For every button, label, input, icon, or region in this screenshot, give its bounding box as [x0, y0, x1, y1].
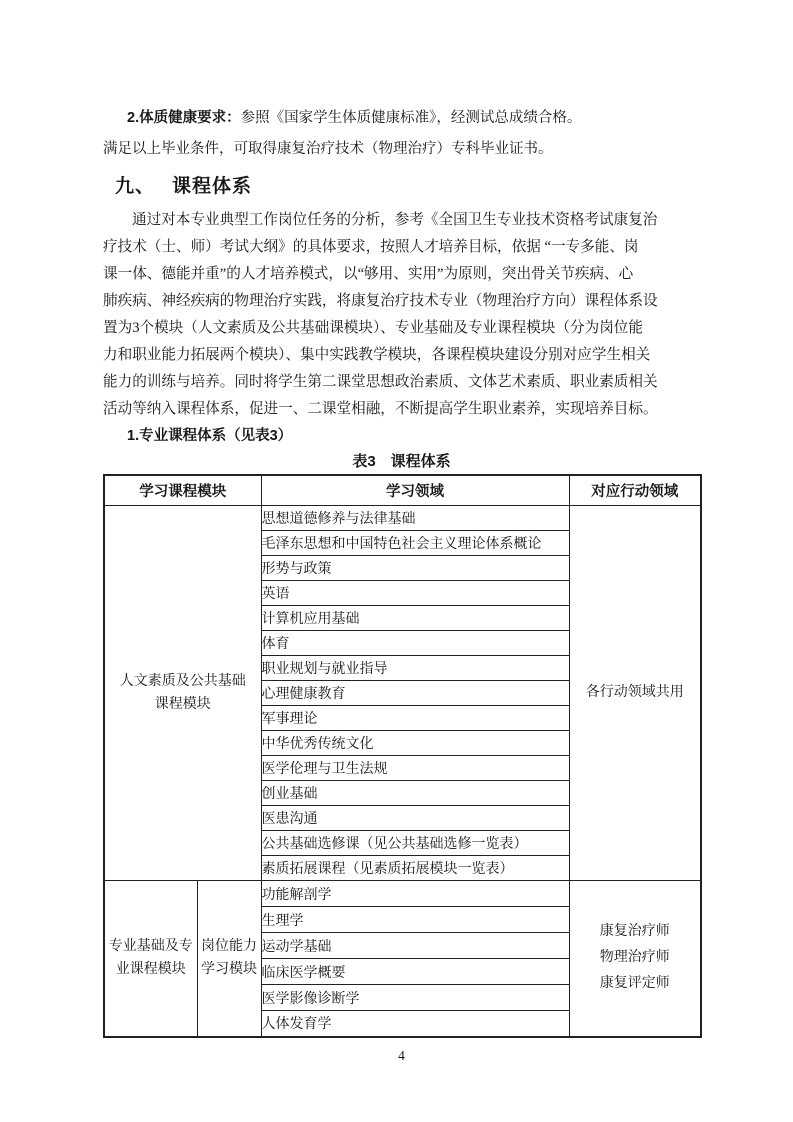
course-cell: 运动学基础 — [261, 933, 569, 959]
course-cell: 职业规划与就业指导 — [261, 656, 569, 681]
table-caption: 表3 课程体系 — [103, 449, 700, 474]
section-number: 九、 — [115, 176, 155, 197]
col-header-action-domain: 对应行动领域 — [569, 475, 701, 506]
course-cell: 体育 — [261, 631, 569, 656]
document-page: 2.体质健康要求：参照《国家学生体质健康标准》，经测试总成绩合格。 满足以上毕业… — [0, 0, 793, 1122]
course-cell: 思想道德修养与法律基础 — [261, 506, 569, 531]
course-cell: 医学影像诊断学 — [261, 985, 569, 1011]
paragraph-line: 力和职业能力拓展两个模块）、集中实践教学模块，各课程模块建设分别对应学生相关 — [103, 342, 700, 369]
table-row: 人文素质及公共基础课程模块思想道德修养与法律基础各行动领域共用 — [104, 506, 701, 531]
subsection-heading: 1.专业课程体系（见表3） — [103, 423, 700, 449]
module-cell: 人文素质及公共基础课程模块 — [104, 506, 261, 881]
submodule-cell: 岗位能力学习模块 — [197, 881, 261, 1037]
course-cell: 计算机应用基础 — [261, 606, 569, 631]
health-requirement-text: 参照《国家学生体质健康标准》，经测试总成绩合格。 — [241, 110, 582, 126]
section-paragraph: 通过对本专业典型工作岗位任务的分析，参考《全国卫生专业技术资格考试康复治疗技术（… — [103, 207, 700, 423]
course-cell: 人体发育学 — [261, 1011, 569, 1037]
action-domain-line: 康复治疗师 — [570, 919, 701, 945]
submodule-line: 学习模块 — [198, 958, 261, 981]
module-cell: 专业基础及专业课程模块 — [104, 881, 197, 1037]
page-number: 4 — [103, 1048, 700, 1064]
course-cell: 心理健康教育 — [261, 681, 569, 706]
paragraph-line: 活动等纳入课程体系，促进一、二课堂相融，不断提高学生职业素养，实现培养目标。 — [103, 396, 700, 423]
paragraph-line: 置为3个模块（人文素质及公共基础课模块）、专业基础及专业课程模块（分为岗位能 — [103, 315, 700, 342]
paragraph-line: 能力的训练与培养。同时将学生第二课堂思想政治素质、文体艺术素质、职业素质相关 — [103, 369, 700, 396]
course-cell: 医患沟通 — [261, 806, 569, 831]
action-domain-line: 康复评定师 — [570, 971, 701, 997]
section-title: 课程体系 — [172, 176, 252, 197]
paragraph-line: 肺疾病、神经疾病的物理治疗实践，将康复治疗技术专业（物理治疗方向）课程体系设 — [103, 288, 700, 315]
table-header-row: 学习课程模块学习领域对应行动领域 — [104, 475, 701, 506]
course-cell: 英语 — [261, 581, 569, 606]
section-heading: 九、课程体系 — [115, 172, 700, 202]
course-cell: 中华优秀传统文化 — [261, 731, 569, 756]
submodule-line: 岗位能力 — [198, 935, 261, 958]
action-domain-cell: 各行动领域共用 — [569, 506, 701, 881]
health-requirement-label: 2.体质健康要求： — [127, 110, 241, 126]
paragraph-line: 疗技术（士、师）考试大纲》的具体要求，按照人才培养目标，依据 “一专多能、岗 — [103, 234, 700, 261]
paragraph-line: 课一体、德能并重”的人才培养模式，以“够用、实用”为原则，突出骨关节疾病、心 — [103, 261, 700, 288]
action-domain-cell: 康复治疗师物理治疗师康复评定师 — [569, 881, 701, 1037]
course-cell: 创业基础 — [261, 781, 569, 806]
course-cell: 生理学 — [261, 907, 569, 933]
course-cell: 毛泽东思想和中国特色社会主义理论体系概论 — [261, 531, 569, 556]
module-line: 人文素质及公共基础 — [105, 670, 261, 693]
paragraph-line: 通过对本专业典型工作岗位任务的分析，参考《全国卫生专业技术资格考试康复治 — [103, 207, 700, 234]
course-cell: 临床医学概要 — [261, 959, 569, 985]
module-line: 专业基础及专 — [105, 935, 197, 958]
table-row: 专业基础及专业课程模块岗位能力学习模块功能解剖学康复治疗师物理治疗师康复评定师 — [104, 881, 701, 907]
graduation-condition-line: 满足以上毕业条件，可取得康复治疗技术（物理治疗）专科毕业证书。 — [103, 134, 700, 165]
course-cell: 功能解剖学 — [261, 881, 569, 907]
module-line: 课程模块 — [105, 693, 261, 716]
col-header-learning-field: 学习领域 — [261, 475, 569, 506]
curriculum-table: 学习课程模块学习领域对应行动领域 人文素质及公共基础课程模块思想道德修养与法律基… — [103, 474, 702, 1038]
action-domain-line: 物理治疗师 — [570, 945, 701, 971]
course-cell: 军事理论 — [261, 706, 569, 731]
course-cell: 医学伦理与卫生法规 — [261, 756, 569, 781]
col-header-course-module: 学习课程模块 — [104, 475, 261, 506]
course-cell: 形势与政策 — [261, 556, 569, 581]
module-line: 业课程模块 — [105, 958, 197, 981]
action-domain-line: 各行动领域共用 — [570, 680, 701, 706]
health-requirement-line: 2.体质健康要求：参照《国家学生体质健康标准》，经测试总成绩合格。 — [103, 103, 700, 134]
course-cell: 公共基础选修课（见公共基础选修一览表） — [261, 831, 569, 856]
course-cell: 素质拓展课程（见素质拓展模块一览表） — [261, 856, 569, 881]
